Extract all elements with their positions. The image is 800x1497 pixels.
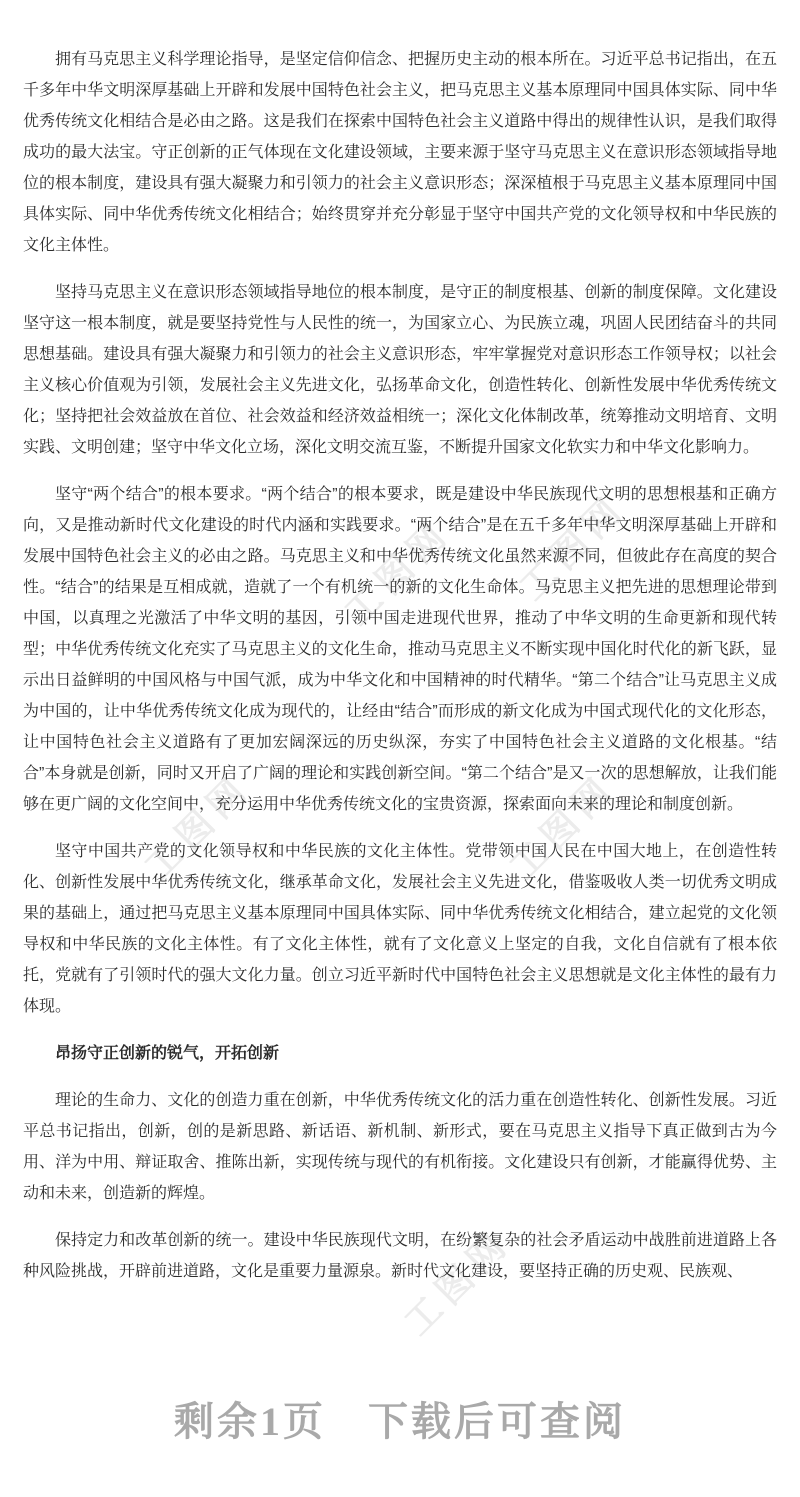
paragraph-stability-reform: 保持定力和改革创新的统一。建设中华民族现代文明，在纷繁复杂的社会矛盾运动中战胜前… xyxy=(23,1225,777,1287)
preview-footer: 剩余1页下载后可查阅 xyxy=(0,1390,800,1447)
section-heading-innovation: 昂扬守正创新的锐气，开拓创新 xyxy=(23,1038,777,1069)
remaining-pages-label: 剩余1页 xyxy=(174,1399,326,1444)
document-preview-page: 工图网 工图网 工图网 工图网 工图网 拥有马克思主义科学理论指导，是坚定信仰信… xyxy=(0,0,800,1497)
download-hint-label: 下载后可查阅 xyxy=(368,1399,626,1444)
document-body: 拥有马克思主义科学理论指导，是坚定信仰信念、把握历史主动的根本所在。习近平总书记… xyxy=(0,0,800,1287)
paragraph-innovation-vitality: 理论的生命力、文化的创造力重在创新，中华优秀传统文化的活力重在创造性转化、创新性… xyxy=(23,1085,777,1209)
paragraph-two-combinations: 坚守“两个结合”的根本要求。“两个结合”的根本要求，既是建设中华民族现代文明的思… xyxy=(23,479,777,820)
paragraph-ideology-system: 坚持马克思主义在意识形态领域指导地位的根本制度，是守正的制度根基、创新的制度保障… xyxy=(23,277,777,463)
paragraph-cultural-leadership: 坚守中国共产党的文化领导权和中华民族的文化主体性。党带领中国人民在中国大地上，在… xyxy=(23,836,777,1022)
paragraph-marxism-guidance: 拥有马克思主义科学理论指导，是坚定信仰信念、把握历史主动的根本所在。习近平总书记… xyxy=(23,44,777,261)
